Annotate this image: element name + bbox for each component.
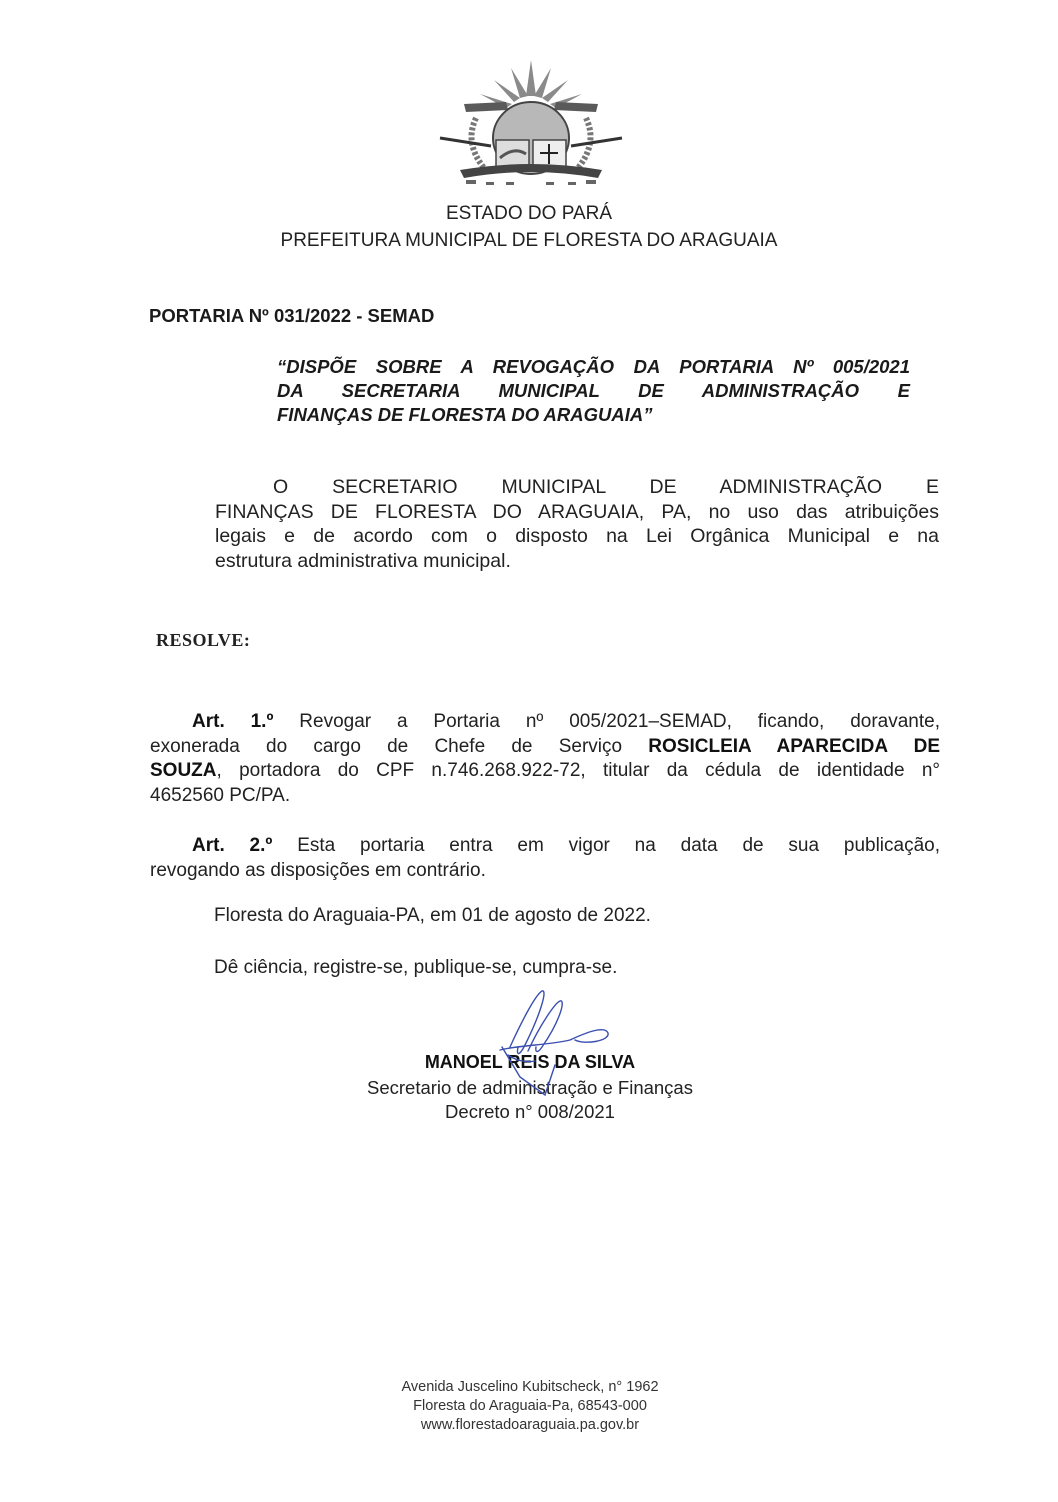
closing-formula: Dê ciência, registre-se, publique-se, cu… [214,957,617,979]
article-2-label: Art. 2.º [192,835,272,856]
footer-city: Floresta do Araguaia-Pa, 68543-000 [0,1397,1058,1416]
article-1-line: 4652560 PC/PA. [150,784,940,809]
article-2: Art. 2.º Esta portaria entra em vigor na… [150,834,940,883]
resolve-heading: RESOLVE: [156,630,250,651]
ementa: “DISPÕE SOBRE A REVOGAÇÃO DA PORTARIA Nº… [277,355,910,427]
preamble-line: legais e de acordo com o disposto na Lei… [215,524,939,549]
place-and-date: Floresta do Araguaia-PA, em 01 de agosto… [214,905,651,927]
article-1-line: SOUZA, portadora do CPF n.746.268.922-72… [150,759,940,784]
document-title: PORTARIA Nº 031/2022 - SEMAD [149,305,434,327]
article-2-line: revogando as disposições em contrário. [150,859,940,884]
ementa-line: FINANÇAS DE FLORESTA DO ARAGUAIA” [277,403,910,427]
article-1-line: Art. 1.º Revogar a Portaria nº 005/2021–… [150,710,940,735]
ementa-line: “DISPÕE SOBRE A REVOGAÇÃO DA PORTARIA Nº… [277,355,910,379]
preamble-line: estrutura administrativa municipal. [215,549,939,574]
person-surname: SOUZA [150,760,217,781]
footer-website: www.florestadoaraguaia.pa.gov.br [0,1416,1058,1435]
handwritten-signature-icon [480,985,620,1100]
ementa-line: DA SECRETARIA MUNICIPAL DE ADMINISTRAÇÃO… [277,379,910,403]
person-name: ROSICLEIA APARECIDA DE [648,736,940,757]
municipal-coat-of-arms-icon [436,58,626,193]
preamble-line: O SECRETARIO MUNICIPAL DE ADMINISTRAÇÃO … [215,475,939,500]
state-header: ESTADO DO PARÁ [0,203,1058,225]
article-1-label: Art. 1.º [192,711,273,732]
preamble-line: FINANÇAS DE FLORESTA DO ARAGUAIA, PA, no… [215,500,939,525]
article-1-line: exonerada do cargo de Chefe de Serviço R… [150,735,940,760]
municipality-header: PREFEITURA MUNICIPAL DE FLORESTA DO ARAG… [0,230,1058,252]
signatory-decree: Decreto n° 008/2021 [0,1101,1058,1123]
preamble: O SECRETARIO MUNICIPAL DE ADMINISTRAÇÃO … [215,475,939,573]
footer-address-block: Avenida Juscelino Kubitscheck, n° 1962 F… [0,1378,1058,1435]
footer-address: Avenida Juscelino Kubitscheck, n° 1962 [0,1378,1058,1397]
article-2-line: Art. 2.º Esta portaria entra em vigor na… [150,834,940,859]
article-1: Art. 1.º Revogar a Portaria nº 005/2021–… [150,710,940,809]
